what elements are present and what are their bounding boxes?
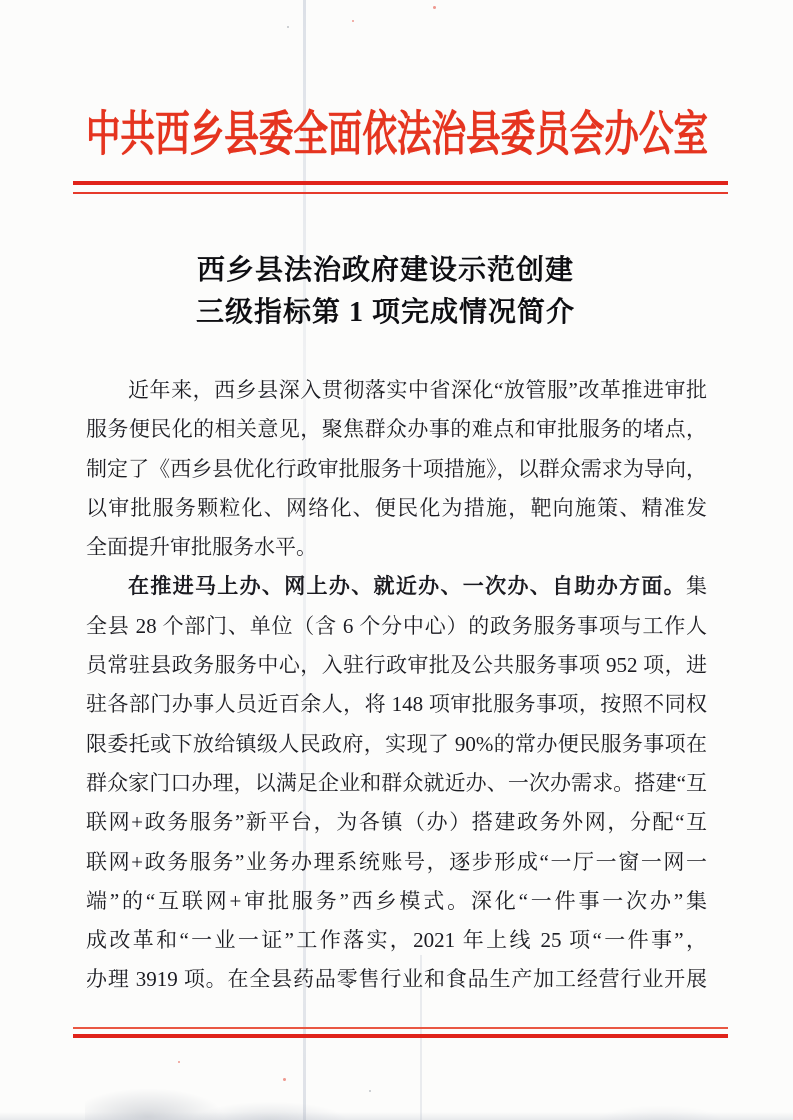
scan-smudge — [600, 1106, 720, 1120]
body-line: 限委托或下放给镇级人民政府，实现了 90%的常办便民服务事项在 — [86, 725, 707, 764]
scan-speck — [369, 1090, 371, 1092]
scan-speck — [352, 20, 354, 22]
letterhead-office-name: 中共西乡县委全面依法治县委员会办公室 — [85, 105, 707, 165]
text-run: 员常驻县政务服务中心，入驻行政审批及公共服务事项 952 项，进 — [86, 653, 707, 677]
emphasis-text: 在推进马上办、网上办、就近办、一次办、自助办方面。 — [128, 575, 686, 598]
body-line: 近年来，西乡县深入贯彻落实中省深化“放管服”改革推进审批 — [86, 371, 707, 410]
text-run: 驻各部门办事人员近百余人，将 148 项审批服务事项，按照不同权 — [86, 692, 707, 716]
body-line: 端”的“互联网+审批服务”西乡模式。深化“一件事一次办”集 — [86, 882, 707, 921]
text-run: 全面提升审批服务水平。 — [86, 535, 317, 559]
footer-rule-thick — [73, 1034, 728, 1038]
body-line: 全县 28 个部门、单位（含 6 个分中心）的政务服务事项与工作人 — [86, 607, 707, 646]
body-line: 全面提升审批服务水平。 — [86, 528, 707, 567]
body-line: 驻各部门办事人员近百余人，将 148 项审批服务事项，按照不同权 — [86, 685, 707, 724]
body-line: 员常驻县政务服务中心，入驻行政审批及公共服务事项 952 项，进 — [86, 646, 707, 685]
scan-smudge — [195, 1102, 345, 1120]
text-run: 全县 28 个部门、单位（含 6 个分中心）的政务服务事项与工作人 — [86, 614, 707, 638]
text-run: 办理 3919 项。在全县药品零售行业和食品生产加工经营行业开展 — [86, 967, 707, 991]
document-title-line2: 三级指标第 1 项完成情况简介 — [0, 292, 782, 334]
letterhead-rule-thick — [73, 181, 728, 185]
scan-bottom-edge-shadow — [0, 1112, 793, 1120]
body-line: 制定了《西乡县优化行政审批服务十项措施》，以群众需求为导向， — [86, 450, 707, 489]
scan-speck — [287, 26, 289, 28]
letterhead: 中共西乡县委全面依法治县委员会办公室 — [0, 104, 793, 166]
body-line: 在推进马上办、网上办、就近办、一次办、自助办方面。集中 — [86, 567, 707, 606]
text-run: 端”的“互联网+审批服务”西乡模式。深化“一件事一次办”集 — [86, 889, 707, 913]
letterhead-rule-thin — [73, 192, 728, 194]
document-title-line1: 西乡县法治政府建设示范创建 — [0, 250, 782, 292]
footer-rule-thin — [73, 1027, 728, 1029]
body-line: 联网+政务服务”新平台，为各镇（办）搭建政务外网，分配“互 — [86, 803, 707, 842]
paragraph: 近年来，西乡县深入贯彻落实中省深化“放管服”改革推进审批服务便民化的相关意见，聚… — [86, 371, 707, 567]
scan-smudge — [85, 1088, 225, 1120]
body-line: 以审批服务颗粒化、网络化、便民化为措施，靶向施策、精准发力， — [86, 489, 707, 528]
text-run: 以审批服务颗粒化、网络化、便民化为措施，靶向施策、精准发力， — [86, 496, 707, 528]
body-line: 群众家门口办理，以满足企业和群众就近办、一次办需求。搭建“互 — [86, 764, 707, 803]
text-run: 群众家门口办理，以满足企业和群众就近办、一次办需求。搭建“互 — [86, 771, 707, 795]
document-title: 西乡县法治政府建设示范创建 三级指标第 1 项完成情况简介 — [0, 250, 782, 334]
text-run: 成改革和“一业一证”工作落实，2021 年上线 25 项“一件事”， — [86, 928, 707, 952]
body-line: 联网+政务服务”业务办理系统账号，逐步形成“一厅一窗一网一 — [86, 843, 707, 882]
text-run: 服务便民化的相关意见，聚焦群众办事的难点和审批服务的堵点， — [86, 417, 707, 441]
paragraph: 在推进马上办、网上办、就近办、一次办、自助办方面。集中全县 28 个部门、单位（… — [86, 567, 707, 999]
text-run: 联网+政务服务”业务办理系统账号，逐步形成“一厅一窗一网一 — [86, 850, 707, 874]
text-run: 近年来，西乡县深入贯彻落实中省深化“放管服”改革推进审批 — [128, 378, 707, 402]
body-text: 近年来，西乡县深入贯彻落实中省深化“放管服”改革推进审批服务便民化的相关意见，聚… — [86, 371, 707, 1000]
body-line: 办理 3919 项。在全县药品零售行业和食品生产加工经营行业开展 — [86, 960, 707, 999]
scan-speck — [283, 1078, 286, 1081]
text-run: 限委托或下放给镇级人民政府，实现了 90%的常办便民服务事项在 — [86, 732, 707, 756]
body-line: 成改革和“一业一证”工作落实，2021 年上线 25 项“一件事”， — [86, 921, 707, 960]
text-run: 制定了《西乡县优化行政审批服务十项措施》，以群众需求为导向， — [86, 457, 707, 481]
scanned-document-page: { "header": { "office_name": "中共西乡县委全面依法… — [0, 0, 793, 1120]
scan-speck — [178, 1061, 180, 1063]
text-run: 联网+政务服务”新平台，为各镇（办）搭建政务外网，分配“互 — [86, 810, 707, 834]
scan-speck — [433, 6, 436, 9]
body-line: 服务便民化的相关意见，聚焦群众办事的难点和审批服务的堵点， — [86, 410, 707, 449]
